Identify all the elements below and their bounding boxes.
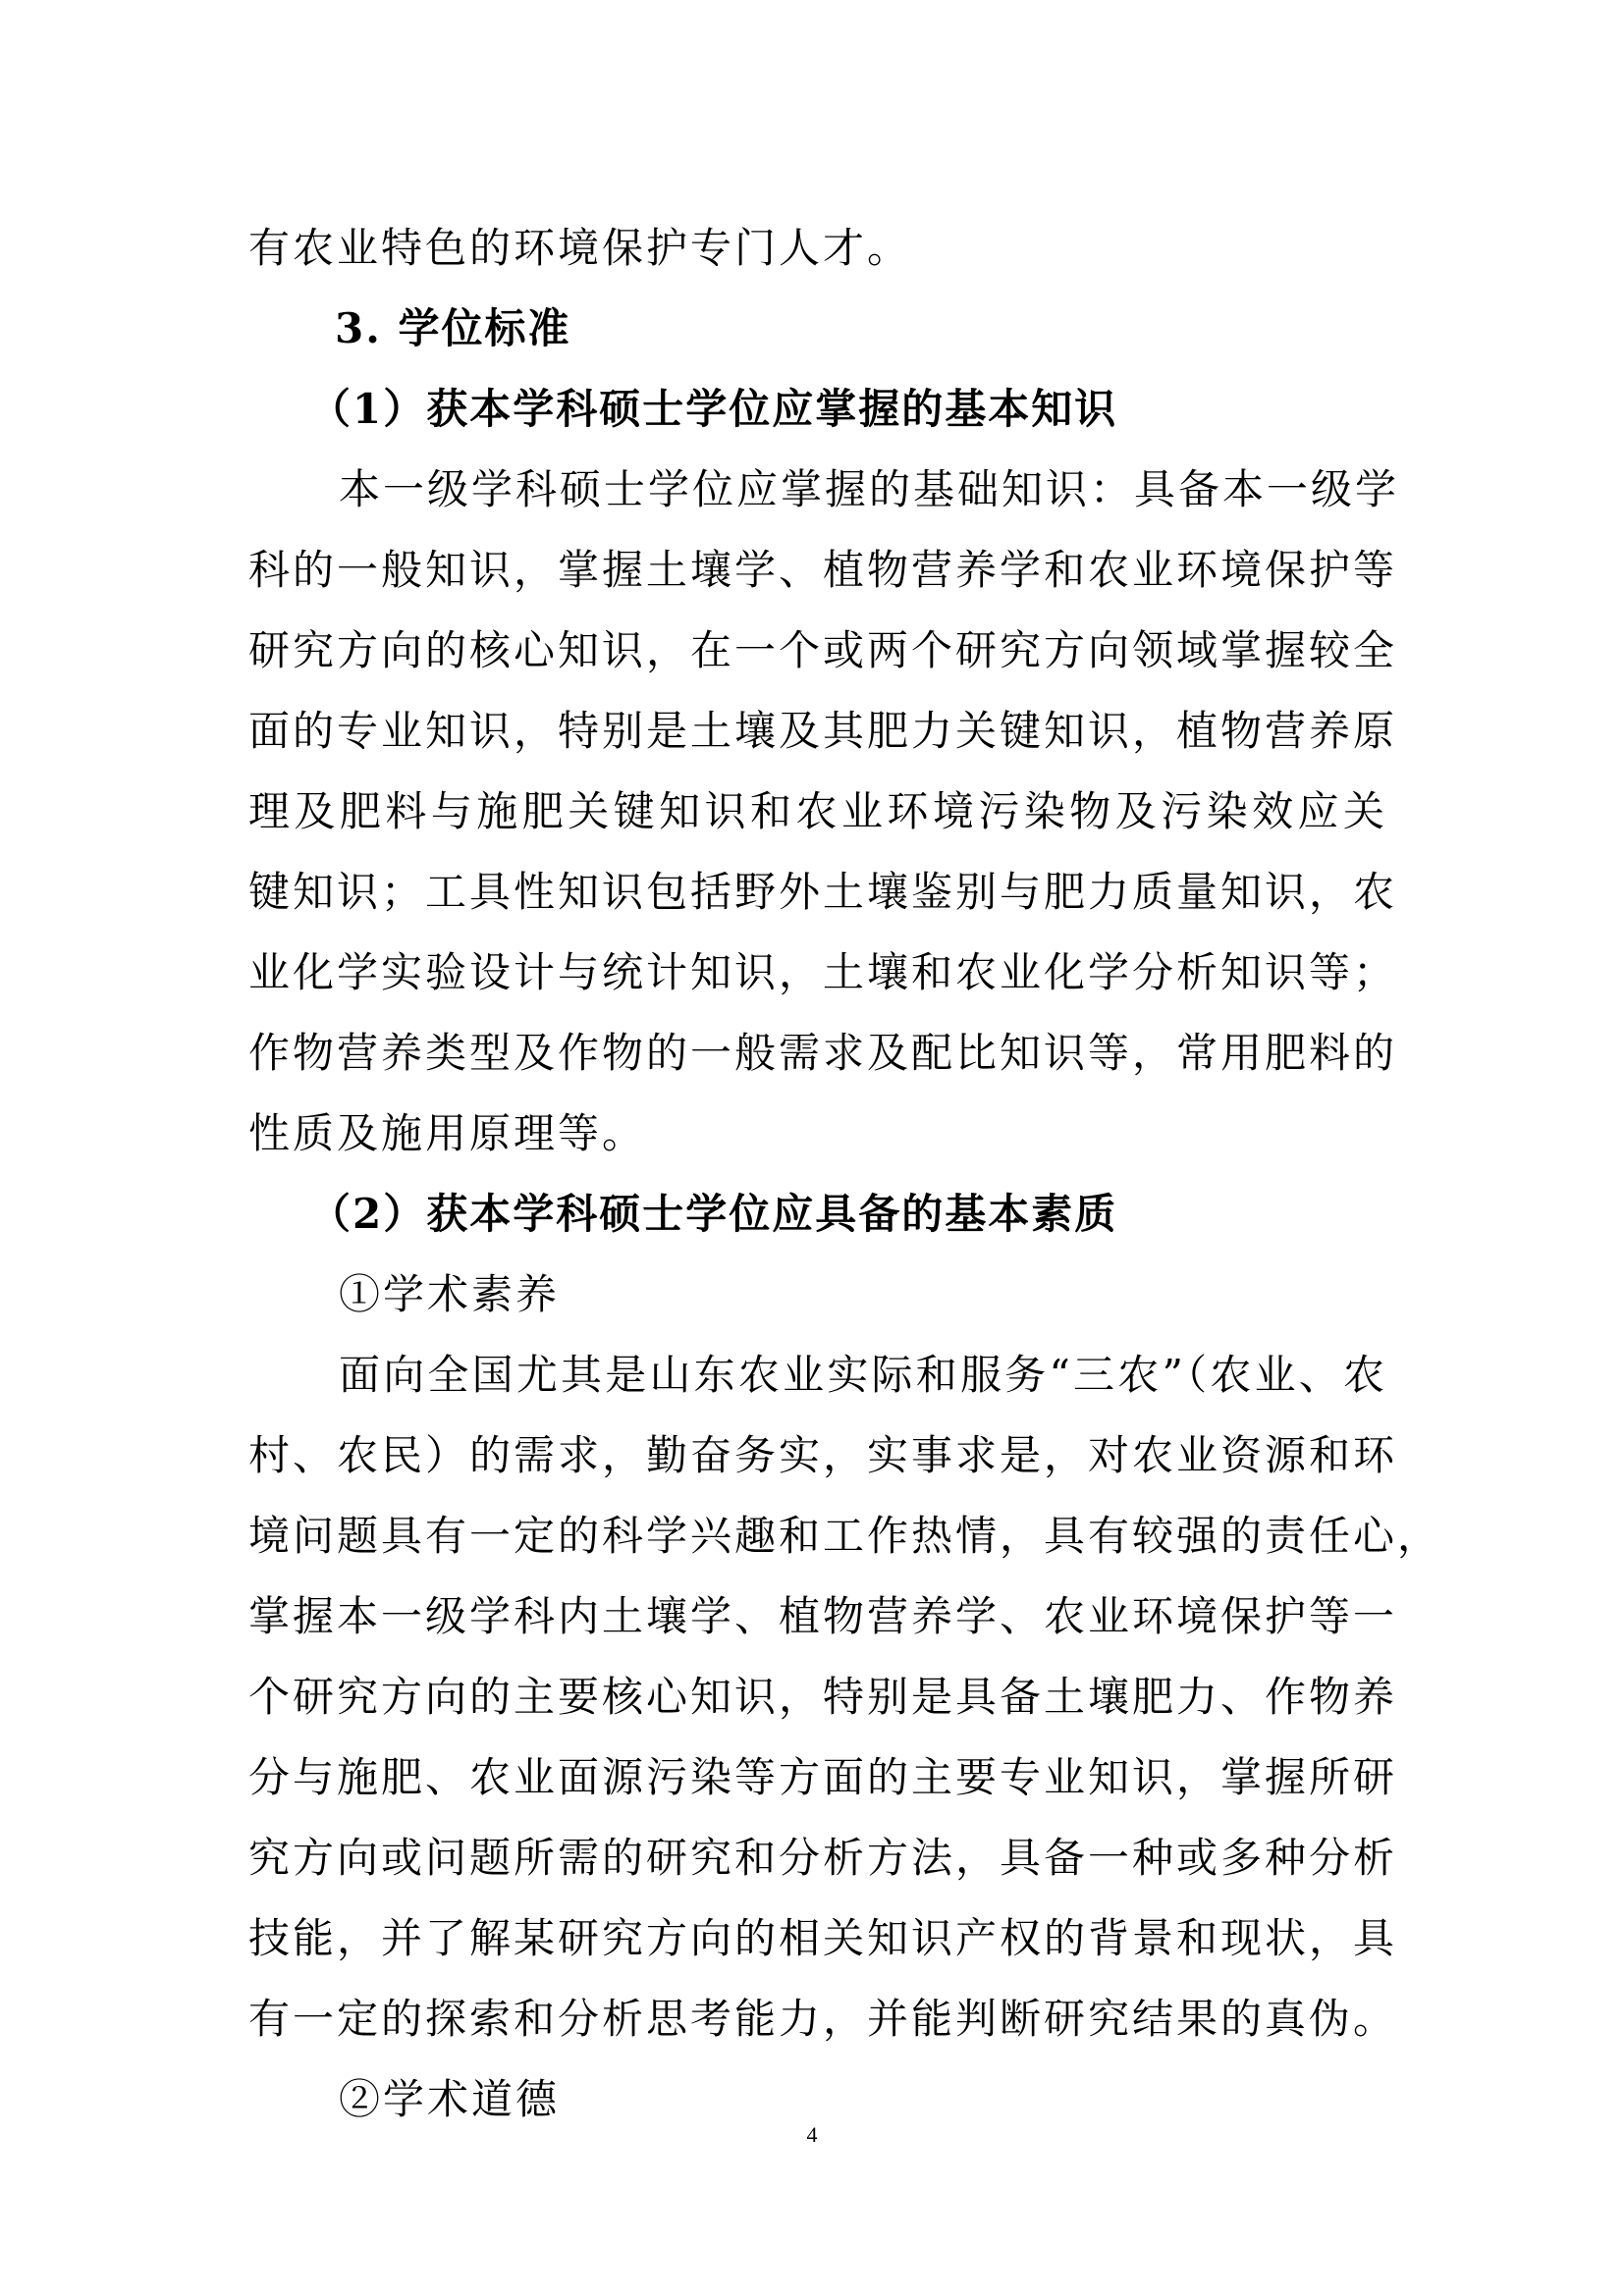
paragraph-line: 技能，并了解某研究方向的相关知识产权的背景和现状，具 bbox=[248, 1898, 1387, 1979]
paragraph-line: 面的专业知识，特别是土壤及其肥力关键知识，植物营养原 bbox=[248, 691, 1387, 772]
paragraph-basic-knowledge: 本一级学科硕士学位应掌握的基础知识：具备本一级学 科的一般知识，掌握土壤学、植物… bbox=[248, 450, 1387, 1174]
subsection-heading-basic-qualities: （2）获本学科硕士学位应具备的基本素质 bbox=[248, 1174, 1387, 1255]
paragraph-line: 究方向或问题所需的研究和分析方法，具备一种或多种分析 bbox=[248, 1818, 1387, 1898]
paragraph-line: 业化学实验设计与统计知识，土壤和农业化学分析知识等； bbox=[248, 933, 1387, 1013]
paragraph-line: 性质及施用原理等。 bbox=[248, 1094, 1387, 1174]
paragraph-line: 科的一般知识，掌握土壤学、植物营养学和农业环境保护等 bbox=[248, 530, 1387, 611]
paragraph-line: 境问题具有一定的科学兴趣和工作热情，具有较强的责任心， bbox=[248, 1496, 1387, 1576]
continuation-line: 有农业特色的环境保护专门人才。 bbox=[248, 208, 1387, 289]
paragraph-line: 研究方向的核心知识，在一个或两个研究方向领域掌握较全 bbox=[248, 611, 1387, 691]
paragraph-line: 有一定的探索和分析思考能力，并能判断研究结果的真伪。 bbox=[248, 1979, 1387, 2059]
paragraph-academic-literacy: 面向全国尤其是山东农业实际和服务“三农”（农业、农 村、农民）的需求，勤奋务实，… bbox=[248, 1335, 1387, 2059]
paragraph-line: 个研究方向的主要核心知识，特别是具备土壤肥力、作物养 bbox=[248, 1657, 1387, 1737]
paragraph-line: 作物营养类型及作物的一般需求及配比知识等，常用肥料的 bbox=[248, 1013, 1387, 1094]
paragraph-line: 理及肥料与施肥关键知识和农业环境污染物及污染效应关 bbox=[248, 772, 1387, 852]
paragraph-line: 本一级学科硕士学位应掌握的基础知识：具备本一级学 bbox=[248, 450, 1387, 530]
document-page: 有农业特色的环境保护专门人才。 3. 学位标准 （1）获本学科硕士学位应掌握的基… bbox=[248, 208, 1387, 2140]
paragraph-line: 键知识；工具性知识包括野外土壤鉴别与肥力质量知识，农 bbox=[248, 852, 1387, 933]
paragraph-line: 村、农民）的需求，勤奋务实，实事求是，对农业资源和环 bbox=[248, 1415, 1387, 1496]
item-title-academic-literacy: ①学术素养 bbox=[248, 1255, 1387, 1335]
subsection-heading-basic-knowledge: （1）获本学科硕士学位应掌握的基本知识 bbox=[248, 369, 1387, 450]
paragraph-line: 面向全国尤其是山东农业实际和服务“三农”（农业、农 bbox=[248, 1335, 1387, 1415]
section-heading-degree-standards: 3. 学位标准 bbox=[248, 289, 1387, 369]
page-number: 4 bbox=[0, 2122, 1624, 2148]
paragraph-line: 分与施肥、农业面源污染等方面的主要专业知识，掌握所研 bbox=[248, 1737, 1387, 1818]
paragraph-line: 掌握本一级学科内土壤学、植物营养学、农业环境保护等一 bbox=[248, 1576, 1387, 1657]
